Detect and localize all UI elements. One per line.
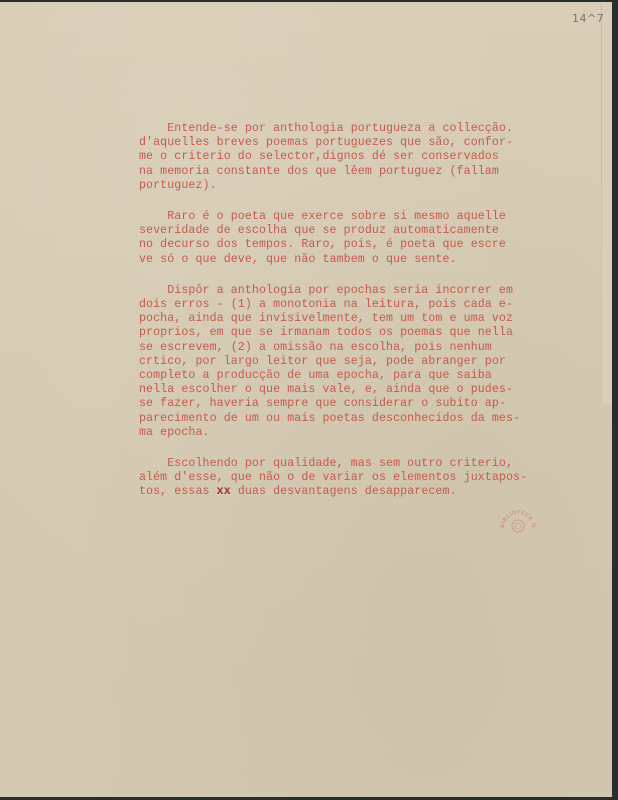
text-line: Raro é o poeta que exerce sobre si mesmo… <box>139 210 579 224</box>
text-line: completo a producção de uma epocha, para… <box>139 369 579 383</box>
text-line: no decurso dos tempos. Raro, pois, é poe… <box>139 238 579 252</box>
text-line: se escrevem, (2) a omissão na escolha, p… <box>139 341 579 355</box>
typewritten-text: Entende-se por anthologia portugueza a c… <box>139 122 579 517</box>
paper-edge <box>601 2 612 404</box>
svg-text:BIBLIOTECA NACIONAL: BIBLIOTECA NACIONAL <box>498 502 536 528</box>
text-line: portuguez). <box>139 179 579 193</box>
text-fragment: tos, essas <box>139 485 217 498</box>
text-line: dois erros - (1) a monotonia na leitura,… <box>139 298 579 312</box>
folio-number: 14^7 <box>572 12 604 25</box>
text-line: Escolhendo por qualidade, mas sem outro … <box>139 457 579 471</box>
text-line: Entende-se por anthologia portugueza a c… <box>139 122 579 136</box>
text-line: severidade de escolha que se produz auto… <box>139 224 579 238</box>
text-line: Dispôr a anthologia por epochas seria in… <box>139 284 579 298</box>
text-line: d'aquelles breves poemas portuguezes que… <box>139 136 579 150</box>
struck-out-text: xx <box>217 485 231 498</box>
text-line: nella escolher o que mais vale, e, ainda… <box>139 383 579 397</box>
paragraph-4: Escolhendo por qualidade, mas sem outro … <box>139 457 579 500</box>
text-line: ve só o que deve, que não tambem o que s… <box>139 253 579 267</box>
text-line: me o criterio do selector,dignos dé ser … <box>139 150 579 164</box>
text-line: se fazer, haveria sempre que considerar … <box>139 397 579 411</box>
stamp-text: BIBLIOTECA NACIONAL <box>498 502 536 528</box>
paragraph-1: Entende-se por anthologia portugueza a c… <box>139 122 579 193</box>
paragraph-3: Dispôr a anthologia por epochas seria in… <box>139 284 579 440</box>
text-line: pocha, ainda que invisivelmente, tem um … <box>139 312 579 326</box>
text-line: proprios, em que se irmanam todos os poe… <box>139 326 579 340</box>
text-line: parecimento de um ou mais poetas desconh… <box>139 412 579 426</box>
paragraph-2: Raro é o poeta que exerce sobre si mesmo… <box>139 210 579 267</box>
text-line: além d'esse, que não o de variar os elem… <box>139 471 579 485</box>
paper-sheet: 14^7 Entende-se por anthologia portuguez… <box>0 2 612 797</box>
text-line: crtico, por largo leitor que seja, pode … <box>139 355 579 369</box>
text-line-final: tos, essas xx duas desvantagens desappar… <box>139 485 579 499</box>
library-stamp-icon: BIBLIOTECA NACIONAL <box>498 502 538 540</box>
text-line: ma epocha. <box>139 426 579 440</box>
text-line: na memoria constante dos que lêem portug… <box>139 165 579 179</box>
text-fragment: duas desvantagens desapparecem. <box>231 485 457 498</box>
document-scan: 14^7 Entende-se por anthologia portuguez… <box>0 0 618 800</box>
